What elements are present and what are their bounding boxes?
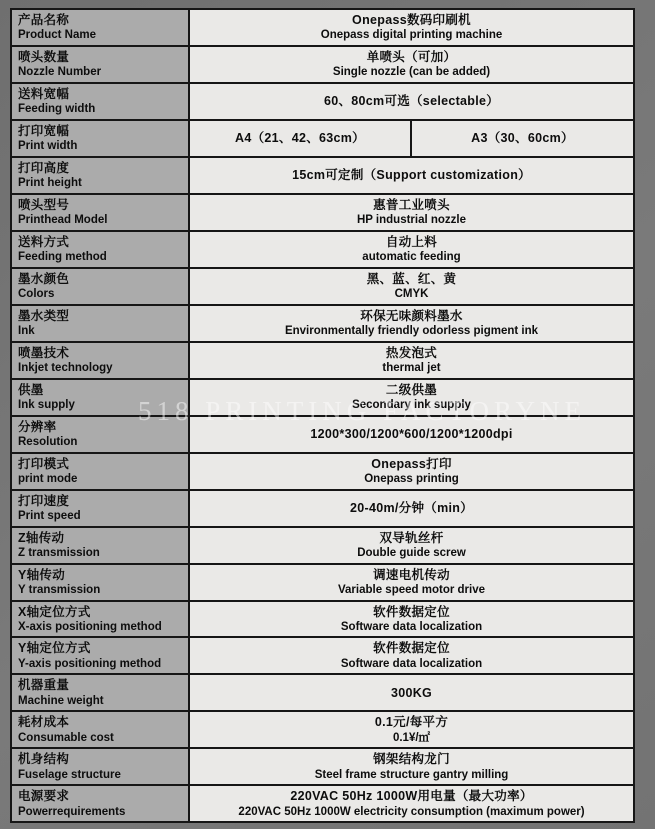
spec-value-cell: 60、80cm可选（selectable）: [189, 83, 634, 120]
spec-label-cell: 打印模式print mode: [11, 453, 189, 490]
spec-label-zh: 喷墨技术: [18, 345, 184, 361]
spec-value-cell: 单喷头（可加）Single nozzle (can be added): [189, 46, 634, 83]
spec-label-zh: 喷头型号: [18, 197, 184, 213]
table-row: 产品名称Product NameOnepass数码印刷机Onepass digi…: [11, 9, 634, 46]
spec-label-zh: Z轴传动: [18, 530, 184, 546]
table-row: 机身结构Fuselage structure钢架结构龙门Steel frame …: [11, 748, 634, 785]
spec-label-zh: 送料宽幅: [18, 86, 184, 102]
spec-label-en: Feeding width: [18, 102, 184, 117]
spec-label-cell: 喷墨技术Inkjet technology: [11, 342, 189, 379]
spec-label-en: Nozzle Number: [18, 65, 184, 80]
spec-label-zh: 喷头数量: [18, 49, 184, 65]
table-row: 打印高度Print height15cm可定制（Support customiz…: [11, 157, 634, 194]
spec-label-cell: 墨水颜色Colors: [11, 268, 189, 305]
spec-label-zh: 电源要求: [18, 788, 184, 804]
spec-label-zh: 机器重量: [18, 677, 184, 693]
spec-label-cell: 打印高度Print height: [11, 157, 189, 194]
spec-label-en: Inkjet technology: [18, 361, 184, 376]
spec-value-cell: Onepass数码印刷机Onepass digital printing mac…: [189, 9, 634, 46]
spec-label-zh: 墨水颜色: [18, 271, 184, 287]
table-row: 喷墨技术Inkjet technology热发泡式thermal jet: [11, 342, 634, 379]
spec-value-line: Software data localization: [194, 620, 629, 635]
spec-label-zh: 分辨率: [18, 419, 184, 435]
spec-label-zh: 打印模式: [18, 456, 184, 472]
spec-value-cell: 黑、蓝、红、黄CMYK: [189, 268, 634, 305]
spec-value-cell: A4（21、42、63cm）: [189, 120, 411, 157]
spec-value-line: Steel frame structure gantry milling: [194, 768, 629, 783]
table-row: 送料方式Feeding method自动上料automatic feeding: [11, 231, 634, 268]
spec-value-line: 黑、蓝、红、黄: [194, 271, 629, 287]
spec-value-line: 60、80cm可选（selectable）: [194, 93, 629, 109]
spec-value-cell: 1200*300/1200*600/1200*1200dpi: [189, 416, 634, 453]
spec-label-zh: 耗材成本: [18, 714, 184, 730]
table-row: 墨水类型Ink环保无味颜料墨水Environmentally friendly …: [11, 305, 634, 342]
spec-value-line: Onepass数码印刷机: [194, 12, 629, 28]
spec-table-body: 产品名称Product NameOnepass数码印刷机Onepass digi…: [11, 9, 634, 822]
spec-value-cell: 惠普工业喷头HP industrial nozzle: [189, 194, 634, 231]
spec-label-cell: 打印速度Print speed: [11, 490, 189, 527]
spec-value-line: automatic feeding: [194, 250, 629, 265]
spec-value-cell: 15cm可定制（Support customization）: [189, 157, 634, 194]
spec-value-line: Onepass printing: [194, 472, 629, 487]
spec-label-en: Consumable cost: [18, 731, 184, 746]
spec-label-zh: 机身结构: [18, 751, 184, 767]
spec-label-cell: 墨水类型Ink: [11, 305, 189, 342]
spec-label-en: Y transmission: [18, 583, 184, 598]
spec-value-line: HP industrial nozzle: [194, 213, 629, 228]
spec-value-line: 20-40m/分钟（min）: [194, 500, 629, 516]
spec-value-line: 热发泡式: [194, 345, 629, 361]
table-row: Y轴传动Y transmission调速电机传动Variable speed m…: [11, 564, 634, 601]
table-row: Y轴定位方式Y-axis positioning method软件数据定位Sof…: [11, 637, 634, 674]
spec-label-en: Powerrequirements: [18, 805, 184, 820]
spec-label-en: Product Name: [18, 28, 184, 43]
spec-value-line: 自动上料: [194, 234, 629, 250]
spec-label-en: Machine weight: [18, 694, 184, 709]
spec-value-line: 15cm可定制（Support customization）: [194, 167, 629, 183]
spec-label-cell: 供墨Ink supply: [11, 379, 189, 416]
spec-value-cell: 双导轨丝杆Double guide screw: [189, 527, 634, 564]
table-row: 打印模式print modeOnepass打印Onepass printing: [11, 453, 634, 490]
spec-value-line: 惠普工业喷头: [194, 197, 629, 213]
table-row: 电源要求Powerrequirements220VAC 50Hz 1000W用电…: [11, 785, 634, 822]
spec-value-line: Environmentally friendly odorless pigmen…: [194, 324, 629, 339]
spec-value-cell: A3（30、60cm）: [411, 120, 634, 157]
table-row: 分辨率Resolution1200*300/1200*600/1200*1200…: [11, 416, 634, 453]
table-row: 耗材成本Consumable cost0.1元/每平方0.1¥/㎡: [11, 711, 634, 748]
table-row: 机器重量Machine weight300KG: [11, 674, 634, 711]
spec-value-cell: 调速电机传动Variable speed motor drive: [189, 564, 634, 601]
spec-label-cell: Z轴传动Z transmission: [11, 527, 189, 564]
table-row: 打印速度Print speed20-40m/分钟（min）: [11, 490, 634, 527]
spec-label-cell: X轴定位方式X-axis positioning method: [11, 601, 189, 638]
table-row: 墨水颜色Colors黑、蓝、红、黄CMYK: [11, 268, 634, 305]
spec-label-zh: 打印高度: [18, 160, 184, 176]
spec-label-cell: 分辨率Resolution: [11, 416, 189, 453]
spec-value-cell: 自动上料automatic feeding: [189, 231, 634, 268]
spec-value-cell: 软件数据定位Software data localization: [189, 637, 634, 674]
spec-label-cell: 电源要求Powerrequirements: [11, 785, 189, 822]
spec-value-line: Single nozzle (can be added): [194, 65, 629, 80]
spec-label-zh: Y轴定位方式: [18, 640, 184, 656]
spec-value-line: Secondary ink supply: [194, 398, 629, 413]
spec-label-cell: 打印宽幅Print width: [11, 120, 189, 157]
spec-value-cell: 环保无味颜料墨水Environmentally friendly odorles…: [189, 305, 634, 342]
spec-value-line: Software data localization: [194, 657, 629, 672]
spec-label-en: Print height: [18, 176, 184, 191]
spec-value-line: Onepass digital printing machine: [194, 28, 629, 43]
spec-value-line: 双导轨丝杆: [194, 530, 629, 546]
spec-label-en: Ink: [18, 324, 184, 339]
spec-value-line: 软件数据定位: [194, 640, 629, 656]
spec-label-zh: 打印速度: [18, 493, 184, 509]
spec-value-line: Onepass打印: [194, 456, 629, 472]
spec-label-cell: 产品名称Product Name: [11, 9, 189, 46]
spec-value-cell: 20-40m/分钟（min）: [189, 490, 634, 527]
spec-value-line: thermal jet: [194, 361, 629, 376]
spec-value-line: 调速电机传动: [194, 567, 629, 583]
spec-label-en: Ink supply: [18, 398, 184, 413]
spec-label-en: print mode: [18, 472, 184, 487]
spec-value-cell: 0.1元/每平方0.1¥/㎡: [189, 711, 634, 748]
spec-label-cell: 喷头型号Printhead Model: [11, 194, 189, 231]
spec-label-zh: 打印宽幅: [18, 123, 184, 139]
spec-label-cell: 耗材成本Consumable cost: [11, 711, 189, 748]
spec-label-en: Resolution: [18, 435, 184, 450]
spec-label-zh: 墨水类型: [18, 308, 184, 324]
spec-value-line: Variable speed motor drive: [194, 583, 629, 598]
spec-label-zh: 供墨: [18, 382, 184, 398]
spec-label-cell: Y轴传动Y transmission: [11, 564, 189, 601]
spec-value-cell: 钢架结构龙门Steel frame structure gantry milli…: [189, 748, 634, 785]
spec-value-line: 1200*300/1200*600/1200*1200dpi: [194, 426, 629, 442]
spec-value-cell: Onepass打印Onepass printing: [189, 453, 634, 490]
table-row: 送料宽幅Feeding width60、80cm可选（selectable）: [11, 83, 634, 120]
spec-value-line: A4（21、42、63cm）: [194, 130, 406, 146]
spec-value-line: 环保无味颜料墨水: [194, 308, 629, 324]
spec-label-cell: Y轴定位方式Y-axis positioning method: [11, 637, 189, 674]
table-row: Z轴传动Z transmission双导轨丝杆Double guide scre…: [11, 527, 634, 564]
spec-label-zh: 产品名称: [18, 12, 184, 28]
spec-value-line: 软件数据定位: [194, 604, 629, 620]
spec-label-cell: 喷头数量Nozzle Number: [11, 46, 189, 83]
spec-label-en: Print speed: [18, 509, 184, 524]
spec-label-zh: X轴定位方式: [18, 604, 184, 620]
spec-value-line: 0.1¥/㎡: [194, 731, 629, 746]
spec-label-en: Fuselage structure: [18, 768, 184, 783]
spec-label-cell: 送料宽幅Feeding width: [11, 83, 189, 120]
spec-label-en: Feeding method: [18, 250, 184, 265]
spec-value-line: CMYK: [194, 287, 629, 302]
table-row: 喷头型号Printhead Model惠普工业喷头HP industrial n…: [11, 194, 634, 231]
spec-value-line: 二级供墨: [194, 382, 629, 398]
spec-label-cell: 送料方式Feeding method: [11, 231, 189, 268]
spec-value-line: 220VAC 50Hz 1000W electricity consumptio…: [194, 805, 629, 820]
spec-label-en: Printhead Model: [18, 213, 184, 228]
spec-value-cell: 220VAC 50Hz 1000W用电量（最大功率）220VAC 50Hz 10…: [189, 785, 634, 822]
table-row: 供墨Ink supply二级供墨Secondary ink supply: [11, 379, 634, 416]
spec-value-cell: 软件数据定位Software data localization: [189, 601, 634, 638]
spec-value-line: 0.1元/每平方: [194, 714, 629, 730]
spec-label-cell: 机器重量Machine weight: [11, 674, 189, 711]
spec-label-en: Print width: [18, 139, 184, 154]
spec-label-zh: 送料方式: [18, 234, 184, 250]
spec-value-cell: 二级供墨Secondary ink supply: [189, 379, 634, 416]
table-row: 喷头数量Nozzle Number单喷头（可加）Single nozzle (c…: [11, 46, 634, 83]
spec-table: 产品名称Product NameOnepass数码印刷机Onepass digi…: [10, 8, 635, 823]
spec-value-line: 单喷头（可加）: [194, 49, 629, 65]
spec-label-en: X-axis positioning method: [18, 620, 184, 635]
spec-label-cell: 机身结构Fuselage structure: [11, 748, 189, 785]
spec-value-line: 钢架结构龙门: [194, 751, 629, 767]
spec-value-line: 220VAC 50Hz 1000W用电量（最大功率）: [194, 788, 629, 804]
spec-label-en: Colors: [18, 287, 184, 302]
spec-label-en: Y-axis positioning method: [18, 657, 184, 672]
spec-value-cell: 热发泡式thermal jet: [189, 342, 634, 379]
spec-value-line: A3（30、60cm）: [416, 130, 629, 146]
spec-label-en: Z transmission: [18, 546, 184, 561]
spec-label-zh: Y轴传动: [18, 567, 184, 583]
spec-value-line: 300KG: [194, 685, 629, 701]
spec-value-line: Double guide screw: [194, 546, 629, 561]
table-row: 打印宽幅Print widthA4（21、42、63cm）A3（30、60cm）: [11, 120, 634, 157]
spec-value-cell: 300KG: [189, 674, 634, 711]
table-row: X轴定位方式X-axis positioning method软件数据定位Sof…: [11, 601, 634, 638]
